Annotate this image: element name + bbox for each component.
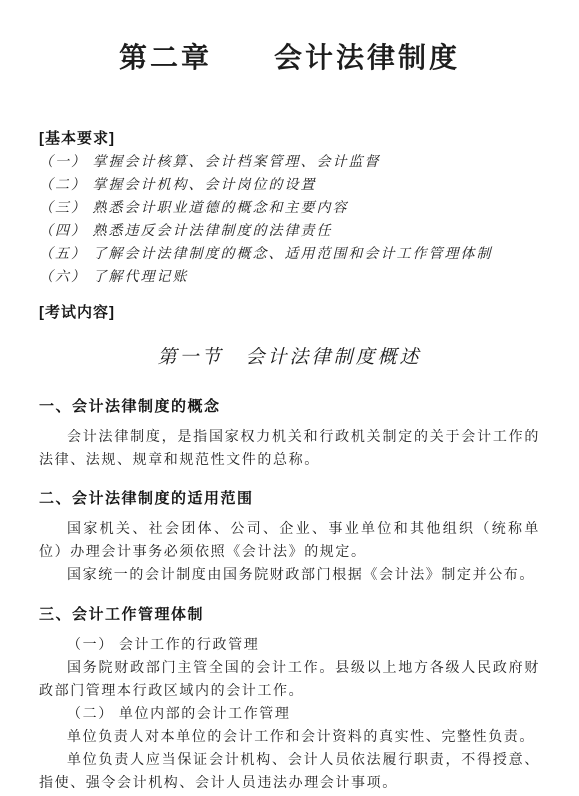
subsection-management-heading: 三、会计工作管理体制 (39, 604, 540, 626)
management-paragraph-3: 单位负责人应当保证会计机构、会计人员依法履行职责，不得授意、指使、强令会计机构、… (39, 749, 540, 795)
management-paragraph-2: 单位负责人对本单位的会计工作和会计资料的真实性、完整性负责。 (39, 726, 540, 749)
requirement-item-2: （二） 掌握会计机构、会计岗位的设置 (39, 174, 540, 197)
basic-requirements-block: [基本要求] （一） 掌握会计核算、会计档案管理、会计监督 （二） 掌握会计机构… (39, 128, 540, 289)
section-title: 第一节 会计法律制度概述 (39, 344, 540, 372)
subsection-concept-heading: 一、会计法律制度的概念 (39, 396, 540, 418)
subsection-scope-heading: 二、会计法律制度的适用范围 (39, 488, 540, 510)
management-paragraph-1: 国务院财政部门主管全国的会计工作。县级以上地方各级人民政府财政部门管理本行政区域… (39, 657, 540, 703)
scope-paragraph-2: 国家统一的会计制度由国务院财政部门根据《会计法》制定并公布。 (39, 564, 540, 587)
exam-content-heading: [考试内容] (39, 302, 540, 324)
requirement-item-4: （四） 熟悉违反会计法律制度的法律责任 (39, 220, 540, 243)
scope-paragraph-1: 国家机关、社会团体、公司、企业、事业单位和其他组织（统称单位）办理会计事务必须依… (39, 518, 540, 564)
requirement-item-6: （六） 了解代理记账 (39, 266, 540, 289)
requirement-item-5: （五） 了解会计法律制度的概念、适用范围和会计工作管理体制 (39, 243, 540, 266)
subsection-scope: 二、会计法律制度的适用范围 国家机关、社会团体、公司、企业、事业单位和其他组织（… (39, 488, 540, 587)
concept-paragraph: 会计法律制度，是指国家权力机关和行政机关制定的关于会计工作的法律、法规、规章和规… (39, 426, 540, 472)
basic-requirements-heading: [基本要求] (39, 128, 540, 150)
subsection-management: 三、会计工作管理体制 （一） 会计工作的行政管理 国务院财政部门主管全国的会计工… (39, 604, 540, 795)
management-item-2-heading: （二） 单位内部的会计工作管理 (39, 703, 540, 726)
management-item-1-heading: （一） 会计工作的行政管理 (39, 634, 540, 657)
requirement-item-3: （三） 熟悉会计职业道德的概念和主要内容 (39, 197, 540, 220)
basic-requirements-list: （一） 掌握会计核算、会计档案管理、会计监督 （二） 掌握会计机构、会计岗位的设… (39, 151, 540, 289)
subsection-concept: 一、会计法律制度的概念 会计法律制度，是指国家权力机关和行政机关制定的关于会计工… (39, 396, 540, 472)
chapter-title: 第二章 会计法律制度 (39, 0, 540, 78)
requirement-item-1: （一） 掌握会计核算、会计档案管理、会计监督 (39, 151, 540, 174)
textbook-page: 第二章 会计法律制度 [基本要求] （一） 掌握会计核算、会计档案管理、会计监督… (0, 0, 579, 796)
